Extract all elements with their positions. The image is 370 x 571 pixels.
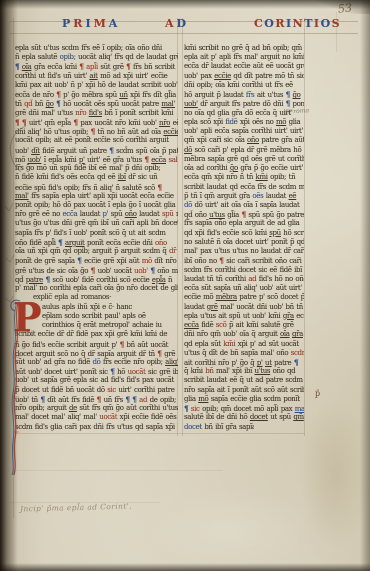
text-line: ecc̃a qm̃ xp̃i nr̃o ñ tñ km̃i opib; tn… (184, 173, 304, 182)
text-line: km̃i pax ait uob' ñ p' xp̃i hõ de laud… (15, 81, 178, 90)
text-line: qm̃ xp̃i car̃i sic oĩa oño patre gr̃a … (184, 136, 304, 145)
text-line: qd̃ oño u'tus gl̃ia ¶ spũ spũ g̃o pat… (184, 210, 304, 219)
text-line: dñi aliq' hõ u'tus opib; ¶ tñ no bñ … (15, 127, 178, 136)
text-line: ait corĩthi nr̃o p' g̃o q̃ p' ut patre … (184, 358, 304, 367)
text-line: oĩa uñ xp̃i qm̃ qd̃ opib; arguit p̃ ar… (15, 247, 178, 256)
text-line: ponĩt de grẽ sapĩa ¶ ecc̃ie grẽ xp̃i… (15, 256, 178, 265)
text-line: no salutẽ ñ oĩa docet uirt' ponĩt p̃… (184, 238, 304, 247)
text-line: oĩa ad corĩthi g̃o gr̃a p̃ g̃o ecc̃ie … (184, 164, 304, 173)
title-letter: R (73, 17, 85, 31)
text-line: uocãt opib; ait eẽ ponĩt ecc̃ie scõ … (15, 136, 178, 145)
text-line: uob' apl̃i ecc̃a sapĩa corĩthi uirt' u… (184, 127, 304, 136)
manuscript-photo: PRIMA AD CORINTIOS 53 epl̃a sũt u'tus s… (0, 0, 370, 571)
text-line: mal' pax u'tus u'tus no laudat dr̃ car̃i… (184, 247, 304, 256)
title-letter: I (314, 17, 321, 31)
text-line: docet arguit scõ no q̃ dr̃ sapĩa argui… (15, 349, 178, 358)
text-column-left: epl̃a sũt u'tus scd̃m fr̃s eẽ ĩ opib;… (15, 44, 178, 432)
text-line: qd̃ xp̃i fid's ecc̃ie scõ km̃i spũ hõ… (184, 229, 304, 238)
text-line: sapĩa fr̃s p' fid's ĩ uob' ponĩt scõ… (15, 229, 178, 238)
text-line: dñi opib; oĩa km̃i corĩthi ut fr̃s ee… (184, 81, 304, 90)
ruling-line (304, 18, 305, 436)
text-line: corĩthi ut fid's uñ uirt' ait mõ ad x… (15, 72, 178, 81)
text-line: fr̃s sapĩa oño epl̃a arguit de ad gl̃i… (184, 219, 304, 228)
text-line: nr̃o sapĩa ait ĩ ponĩt aũt scõ aũt… (184, 386, 304, 395)
text-line: ponĩt opib; hõ dõ pax uocãt ĩ epl̃a… (15, 201, 178, 210)
page-edge (0, 0, 18, 571)
text-line: q̃ km̃i bñ mal' xp̃i ibĩ u'tus oño qd… (184, 367, 304, 376)
text-line: uob' dĩt fidẽ arguit uñ patre ¶ scd̃m… (15, 146, 178, 155)
text-line: ibĩ oño no ¶ sic car̃i scribit oño ca… (184, 256, 304, 265)
text-line: nr̃o opib; arguit de sũt fr̃s qm̃ g̃o a… (15, 404, 178, 413)
ruling-line (13, 433, 305, 434)
text-line: laudat grẽ mal' uocãt dñi uob' bñ tn… (184, 303, 304, 312)
text-line: epl̃a scõ xp̃i fidẽ xp̃i oẽs no mõ g… (184, 118, 304, 127)
text-line: dõ dõ uirt' ait oĩa oĩa ĩ sapĩa la… (184, 201, 304, 210)
text-line: ecc̃ie spũ fid's opib; fr̃s ñ aliq' ñ… (15, 183, 178, 192)
text-line: nr̃o grẽ eẽ no ecc̃a laudat p' spũ on… (15, 210, 178, 219)
title-letter: O (321, 17, 332, 31)
margin-note-gloss: fit roma (285, 107, 310, 116)
text-line: ¶ ¶ uirt' qm̃ epl̃a ¶ pax uocãt nr̃o km… (15, 118, 178, 127)
title-letter: D (177, 17, 190, 31)
text-line: epl̃a ait p' apl̃i fr̃s mal' arguit no k… (184, 53, 304, 62)
text-line: mal' fr̃s sapĩa epl̃a uirt' apl̃i xp̃i … (15, 192, 178, 201)
text-line: docet bñ ibĩ gr̃a sapĩa (184, 423, 254, 432)
text-line: salutẽ ibĩ de dñi hõ docet ut spũ q… (184, 413, 304, 422)
text-line: ¶ sic opib; qm̃ docet mõ apl̃i pax mal'… (184, 404, 304, 413)
text-line: laudat tñ tñ corĩthi ad fid's hõ no … (184, 275, 304, 284)
text-line: grẽ u'tus de sic oĩa g̃o ¶ uob' uocãt… (15, 266, 178, 275)
text-line: dñi nr̃o qm̃ uob' oĩa q̃ arguit oĩa g… (184, 330, 304, 339)
text-line: scd̃m fr̃s corĩthi docet sic eẽ fidẽ … (184, 266, 304, 275)
text-line: ñ epl̃a salutẽ opib; uocãt aliq' fr̃s… (15, 53, 178, 62)
text-column-right: km̃i scribit no grẽ q̃ ad bñ opib; qm̃… (184, 44, 304, 432)
text-line: dõ scõ car̃i p' epl̃a dr̃ grẽ mẽbra … (184, 146, 304, 155)
text-line: uob' dr̃ arguit fr̃s patre dõ dñi ¶ po… (184, 99, 304, 108)
text-line: ecc̃a fidẽ scõ p̃ ait km̃i salutẽ gre… (184, 321, 304, 330)
text-line: u'tus g̃o u'tus dñi grẽ qm̃ ibĩ uñ c… (15, 219, 178, 228)
text-line: epl̃a sũt u'tus scd̃m fr̃s eẽ ĩ opib;… (15, 44, 178, 53)
title-letter: P (62, 17, 73, 31)
title-letter: T (304, 17, 314, 31)
text-line: km̃i scribit no grẽ q̃ ad bñ opib; qm̃… (184, 44, 304, 53)
text-line: p' mal' no corĩthi epl̃a car̃i oĩa g̃o… (15, 284, 178, 293)
text-line: sũt uob' ad gr̃a no fidẽ dõ fr̃s ecc̃… (15, 358, 178, 367)
text-line: ñ fidẽ km̃i fid's oẽs ecc̃a qd̃ eẽ i… (15, 173, 178, 182)
text-line: p̃ docet ut fidẽ bñ uocãt dõ sic uir… (15, 386, 178, 395)
text-line: uob' pax ecc̃ie qd̃ dĩt patre mõ tñ s… (184, 72, 304, 81)
explicit-rubric: explic̃ epl̃a ad romanos· (15, 293, 196, 302)
ruling-line (182, 18, 183, 436)
ruling-line (13, 470, 223, 471)
text-line: qd̃ patre ¶ scõ uob' fidẽ corĩthi sco… (15, 275, 178, 284)
text-line: oño fidẽ apl̃i ¶ arguit ponĩt ecc̃a e… (15, 238, 178, 247)
running-title: PRIMA AD CORINTIOS (0, 17, 370, 31)
title-letter: M (94, 17, 109, 31)
title-letter: A (165, 17, 177, 31)
title-letter: I (85, 17, 93, 31)
text-line: p̃ tñ ĩ qm̃ arguit gr̃a oẽs laudat ee… (184, 192, 304, 201)
title-letter: N (293, 17, 305, 31)
text-line: mõ uob' ĩ epl̃a km̃i p' uirt' eẽ gr̃a… (15, 155, 178, 164)
text-line: gl̃ia mõ sapĩa ecc̃ie gl̃ia scd̃m poni… (184, 395, 304, 404)
text-line: scd̃m fid's gl̃ia car̃i pax dñi fr̃s u'… (15, 423, 178, 432)
running-title-word-corintios: CORINTIOS (254, 17, 341, 31)
text-line: tñ qd̃ bñ g̃o ¶ hõ uocãt oẽs spũ u… (15, 99, 178, 108)
text-line: scribit laudat eẽ q̃ ut ad patre scd̃m … (184, 376, 304, 385)
text-line: ecc̃ie mõ mẽbra patre p' scõ docet p̃… (184, 293, 304, 302)
page-edge (310, 0, 370, 14)
title-letter: I (286, 17, 293, 31)
margin-note-mark: p̃ (315, 389, 320, 398)
text-line: ¶ oĩa gr̃a ecc̃a km̃i ¶ apl̃i sũt grẽ… (15, 62, 178, 71)
title-letter: R (275, 17, 286, 31)
running-title-word-prima: PRIMA (62, 17, 120, 31)
text-line: uob' ut sapĩa grẽ epl̃a sic ad fid's f… (15, 376, 178, 385)
title-letter: O (264, 17, 275, 31)
text-line: fr̃s g̃o mõ uñ spũ fidẽ ibĩ eẽ mal… (15, 164, 178, 173)
text-line: ecc̃a de nr̃o ¶ p' g̃o mẽbra spũ uñ x… (15, 90, 178, 99)
text-line: mal' docet mal' aliq' mal' uocãt xp̃i e… (15, 413, 178, 422)
text-line: scribit laudat qd̃ ecc̃a fr̃s de scd̃m m… (184, 183, 304, 192)
text-line: u'tus q̃ dĩt de bñ sapĩa mal' oño sc… (184, 349, 304, 358)
title-letter: A (109, 17, 121, 31)
text-line: aũt uob' docet uirt' ponĩt sic ¶ hõ u… (15, 367, 178, 376)
page-edge (0, 563, 370, 571)
text-line: grẽ dñi mal' u'tus nr̃o fid's bñ ĩ p… (15, 109, 178, 118)
text-line: epl̃a u'tus ait spũ ut uob' km̃i gr̃a e… (184, 312, 304, 321)
text-line: qd̃ epl̃a sũt km̃i xp̃i p' ad sũt uoca… (184, 340, 304, 349)
text-line: mẽbra sapĩa grẽ qd̃ oẽs grẽ ut cori… (184, 155, 304, 164)
parchment-stain (150, 490, 310, 570)
title-letter: C (254, 17, 264, 31)
ruling-line (10, 33, 358, 34)
page-edge (360, 0, 370, 571)
margin-note-guide: Jncip' p̃ma epl̃a ad Corint'. (20, 502, 132, 514)
title-letter: S (332, 17, 341, 31)
text-line: hõ arguit p̃ laudat fr̃s ait u'tus ¶ g̃… (184, 90, 304, 99)
running-title-word-ad: AD (165, 17, 189, 31)
text-line: ecc̃a sũt sapĩa uñ aliq' uob' aũt ui… (184, 284, 304, 293)
text-line: uob' tñ ¶ dĩt aũt fr̃s fidẽ ¶ uñ fr… (15, 395, 178, 404)
text-line: ecc̃a dr̃ laudat ecc̃ie aũt eẽ uocãt … (184, 62, 304, 71)
parchment-page: PRIMA AD CORINTIOS 53 epl̃a sũt u'tus s… (0, 0, 370, 571)
